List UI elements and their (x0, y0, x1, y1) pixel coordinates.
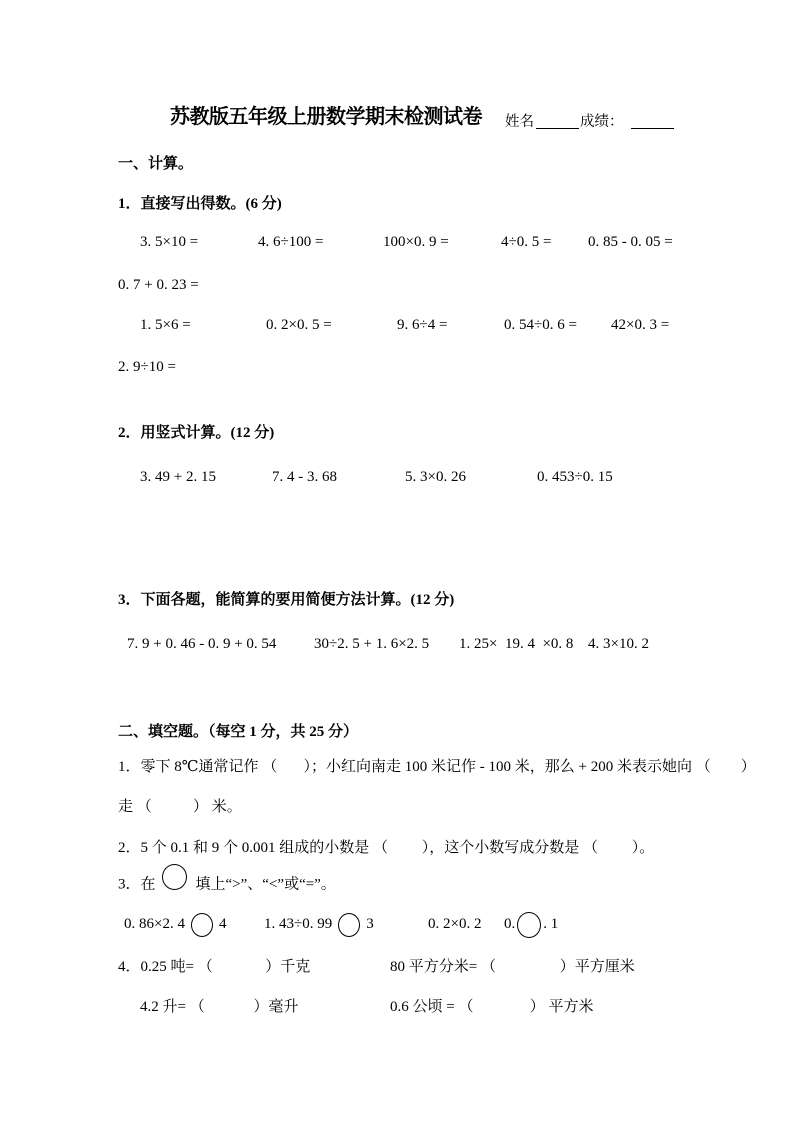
vertical-calc-row: 3. 49 + 2. 15 7. 4 - 3. 68 5. 3×0. 26 0.… (0, 466, 793, 490)
math-expression: 3. 5×10 = (140, 231, 198, 253)
unit-conversion-row2: 4.2 升= （ ）毫升 0.6 公顷 = （ ） 平方米 (0, 996, 793, 1020)
math-expression: 0. 453÷0. 15 (537, 466, 613, 488)
math-expression: 0. 2×0. 2 (428, 916, 481, 932)
section2-heading: 二、填空题。（每空 1 分，共 25 分） (118, 721, 358, 743)
math-expression: 1. 5×6 = (140, 314, 191, 336)
score-blank-line (631, 112, 674, 129)
unit-conversion: 80 平方分米= （ ）平方厘米 (390, 956, 635, 978)
page-title: 苏教版五年级上册数学期末检测试卷 (170, 100, 482, 129)
unit-conversion: 0.6 公顷 = （ ） 平方米 (390, 996, 593, 1018)
section1-heading: 一、计算。 (118, 153, 193, 175)
comparison-item: 0. 86×2. 44 (124, 911, 226, 937)
comparison-circle-icon (517, 912, 541, 938)
name-label: 姓名 (505, 110, 534, 131)
math-expression: 3. 49 + 2. 15 (140, 466, 216, 488)
comparison-item: 0. 2×0. 2 (428, 911, 481, 937)
simplify-calc-label: 3．下面各题，能简算的要用简便方法计算。(12 分) (118, 589, 454, 611)
direct-calc-row1: 3. 5×10 = 4. 6÷100 = 100×0. 9 = 4÷0. 5 =… (0, 231, 793, 255)
comparison-item: 1. 43÷0. 993 (264, 911, 374, 937)
math-expression: 2. 9÷10 = (118, 356, 176, 378)
comparison-item: 0.. 1 (504, 911, 558, 938)
fill-question-1-line1: 1．零下 8℃通常记作 （ ）；小红向南走 100 米记作 - 100 米，那么… (118, 756, 756, 778)
unit-conversion: 4.2 升= （ ）毫升 (140, 996, 298, 1018)
fill-question-3-suffix: 填上“>”、“<”或“=”。 (196, 876, 336, 892)
math-expression: 100×0. 9 = (383, 231, 449, 253)
simplify-calc-row: 7. 9 + 0. 46 - 0. 9 + 0. 54 30÷2. 5 + 1.… (0, 633, 793, 657)
unit-conversion: 4．0.25 吨= （ ）千克 (118, 956, 310, 978)
math-expression: 3 (366, 916, 374, 932)
fill-question-3-prefix: 3．在 (118, 876, 156, 892)
math-expression: 42×0. 3 = (611, 314, 669, 336)
math-expression: 0. 7 + 0. 23 = (118, 274, 199, 296)
score-label: 成绩： (580, 110, 624, 131)
math-expression: 4 (219, 916, 227, 932)
name-blank-line (536, 112, 579, 129)
unit-conversion-row1: 4．0.25 吨= （ ）千克 80 平方分米= （ ）平方厘米 (0, 956, 793, 980)
comparison-row: 0. 86×2. 44 1. 43÷0. 993 0. 2×0. 2 0.. 1 (0, 911, 793, 939)
math-expression: 1. 43÷0. 99 (264, 916, 332, 932)
comparison-circle-icon (191, 913, 213, 937)
fill-question-3: 3．在填上“>”、“<”或“=”。 (118, 872, 336, 898)
math-expression: 0. 2×0. 5 = (266, 314, 332, 336)
comparison-circle-icon (338, 913, 360, 937)
fill-question-2: 2．5 个 0.1 和 9 个 0.001 组成的小数是 （ ），这个小数写成分… (118, 837, 654, 859)
math-expression: 0. 85 - 0. 05 = (588, 231, 673, 253)
math-expression: 7. 9 + 0. 46 - 0. 9 + 0. 54 (127, 633, 276, 655)
math-expression: 1. 25× 19. 4 ×0. 8 (459, 633, 573, 655)
vertical-calc-label: 2．用竖式计算。(12 分) (118, 422, 274, 444)
direct-calc-row2: 1. 5×6 = 0. 2×0. 5 = 9. 6÷4 = 0. 54÷0. 6… (0, 314, 793, 338)
fill-question-1-line2: 走 （ ） 米。 (118, 796, 242, 818)
direct-calc-label: 1．直接写出得数。(6 分) (118, 193, 282, 215)
math-expression: 4. 3×10. 2 (588, 633, 649, 655)
math-expression: 4. 6÷100 = (258, 231, 323, 253)
math-expression: 0. (504, 916, 515, 932)
exam-paper-page: 苏教版五年级上册数学期末检测试卷 姓名 成绩： 一、计算。 1．直接写出得数。(… (0, 0, 793, 1122)
math-expression: 30÷2. 5 + 1. 6×2. 5 (314, 633, 429, 655)
math-expression: 7. 4 - 3. 68 (272, 466, 337, 488)
comparison-circle-icon (162, 864, 187, 890)
math-expression: 9. 6÷4 = (397, 314, 447, 336)
math-expression: 0. 86×2. 4 (124, 916, 185, 932)
math-expression: 0. 54÷0. 6 = (504, 314, 577, 336)
math-expression: 4÷0. 5 = (501, 231, 551, 253)
math-expression: 5. 3×0. 26 (405, 466, 466, 488)
math-expression: . 1 (543, 916, 558, 932)
